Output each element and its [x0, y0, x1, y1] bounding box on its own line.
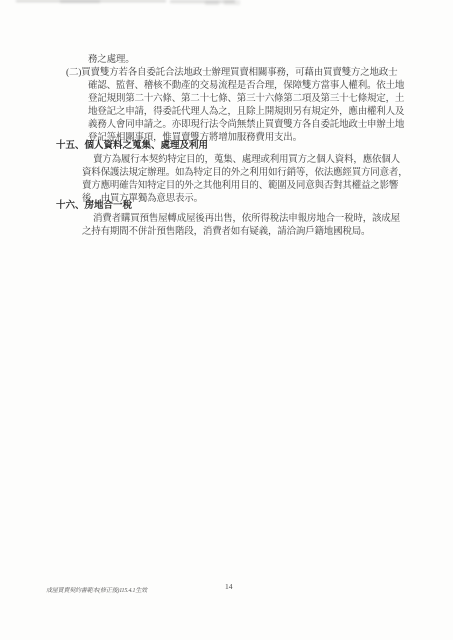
- list-item-2-line: 地登記之申請，得委託代理人為之，且除上開規則另有規定外，應由權利人及: [88, 107, 404, 118]
- section-15-body-line: 賣方應明確告知特定目的外之其他利用目的、範圍及同意與否對其權益之影響: [82, 181, 398, 192]
- section-16-heading: 十六、房地合一稅: [56, 201, 132, 212]
- section-16-body-line: 之持有期間不併計預售階段，消費者如有疑義，請洽詢戶籍地國稅局。: [82, 227, 370, 238]
- list-item-2-line: 登記規則第二十六條、第二十七條、第三十六條第二項及第三十七條規定，土: [88, 94, 404, 105]
- list-item-2-line: (二)買賣雙方若各自委託合法地政士辦理買賣相關事務，可藉由買賣雙方之地政士: [66, 68, 397, 79]
- section-16-body-line: 消費者購買預售屋轉成屋後再出售，依所得稅法申報房地合一稅時，該成屋: [93, 214, 400, 225]
- page-number: 14: [225, 582, 233, 591]
- scan-artifact: [205, 1, 219, 5]
- section-15-body-line: 資料保護法規定辦理。如為特定目的外之利用如行銷等，依法應經買方同意者，: [82, 168, 408, 179]
- document-page: 務之處理。 (二)買賣雙方若各自委託合法地政士辦理買賣相關事務，可藉由買賣雙方之…: [0, 0, 453, 640]
- scan-artifact: [60, 0, 100, 3]
- footer-document-title: 成屋買賣契約書範本(修正後)115.4.1生效: [46, 585, 147, 594]
- list-item-2-line: 確認、監督、稽核不動產的交易流程是否合理，保障雙方當事人權利。依土地: [88, 81, 404, 92]
- scan-artifact: [16, 0, 166, 2]
- scan-artifact: [170, 0, 235, 3]
- list-item-2-line: 義務人會同申請之。亦即現行法令尚無禁止買賣雙方各自委託地政士申辦土地: [88, 120, 404, 131]
- section-15-body-line: 賣方為履行本契約特定目的，蒐集、處理或利用買方之個人資料，應依個人: [93, 155, 400, 166]
- paragraph-continuation-line: 務之處理。: [88, 55, 135, 66]
- scan-artifact: [224, 0, 240, 5]
- section-15-heading: 十五、個人資料之蒐集、處理及利用: [56, 141, 208, 152]
